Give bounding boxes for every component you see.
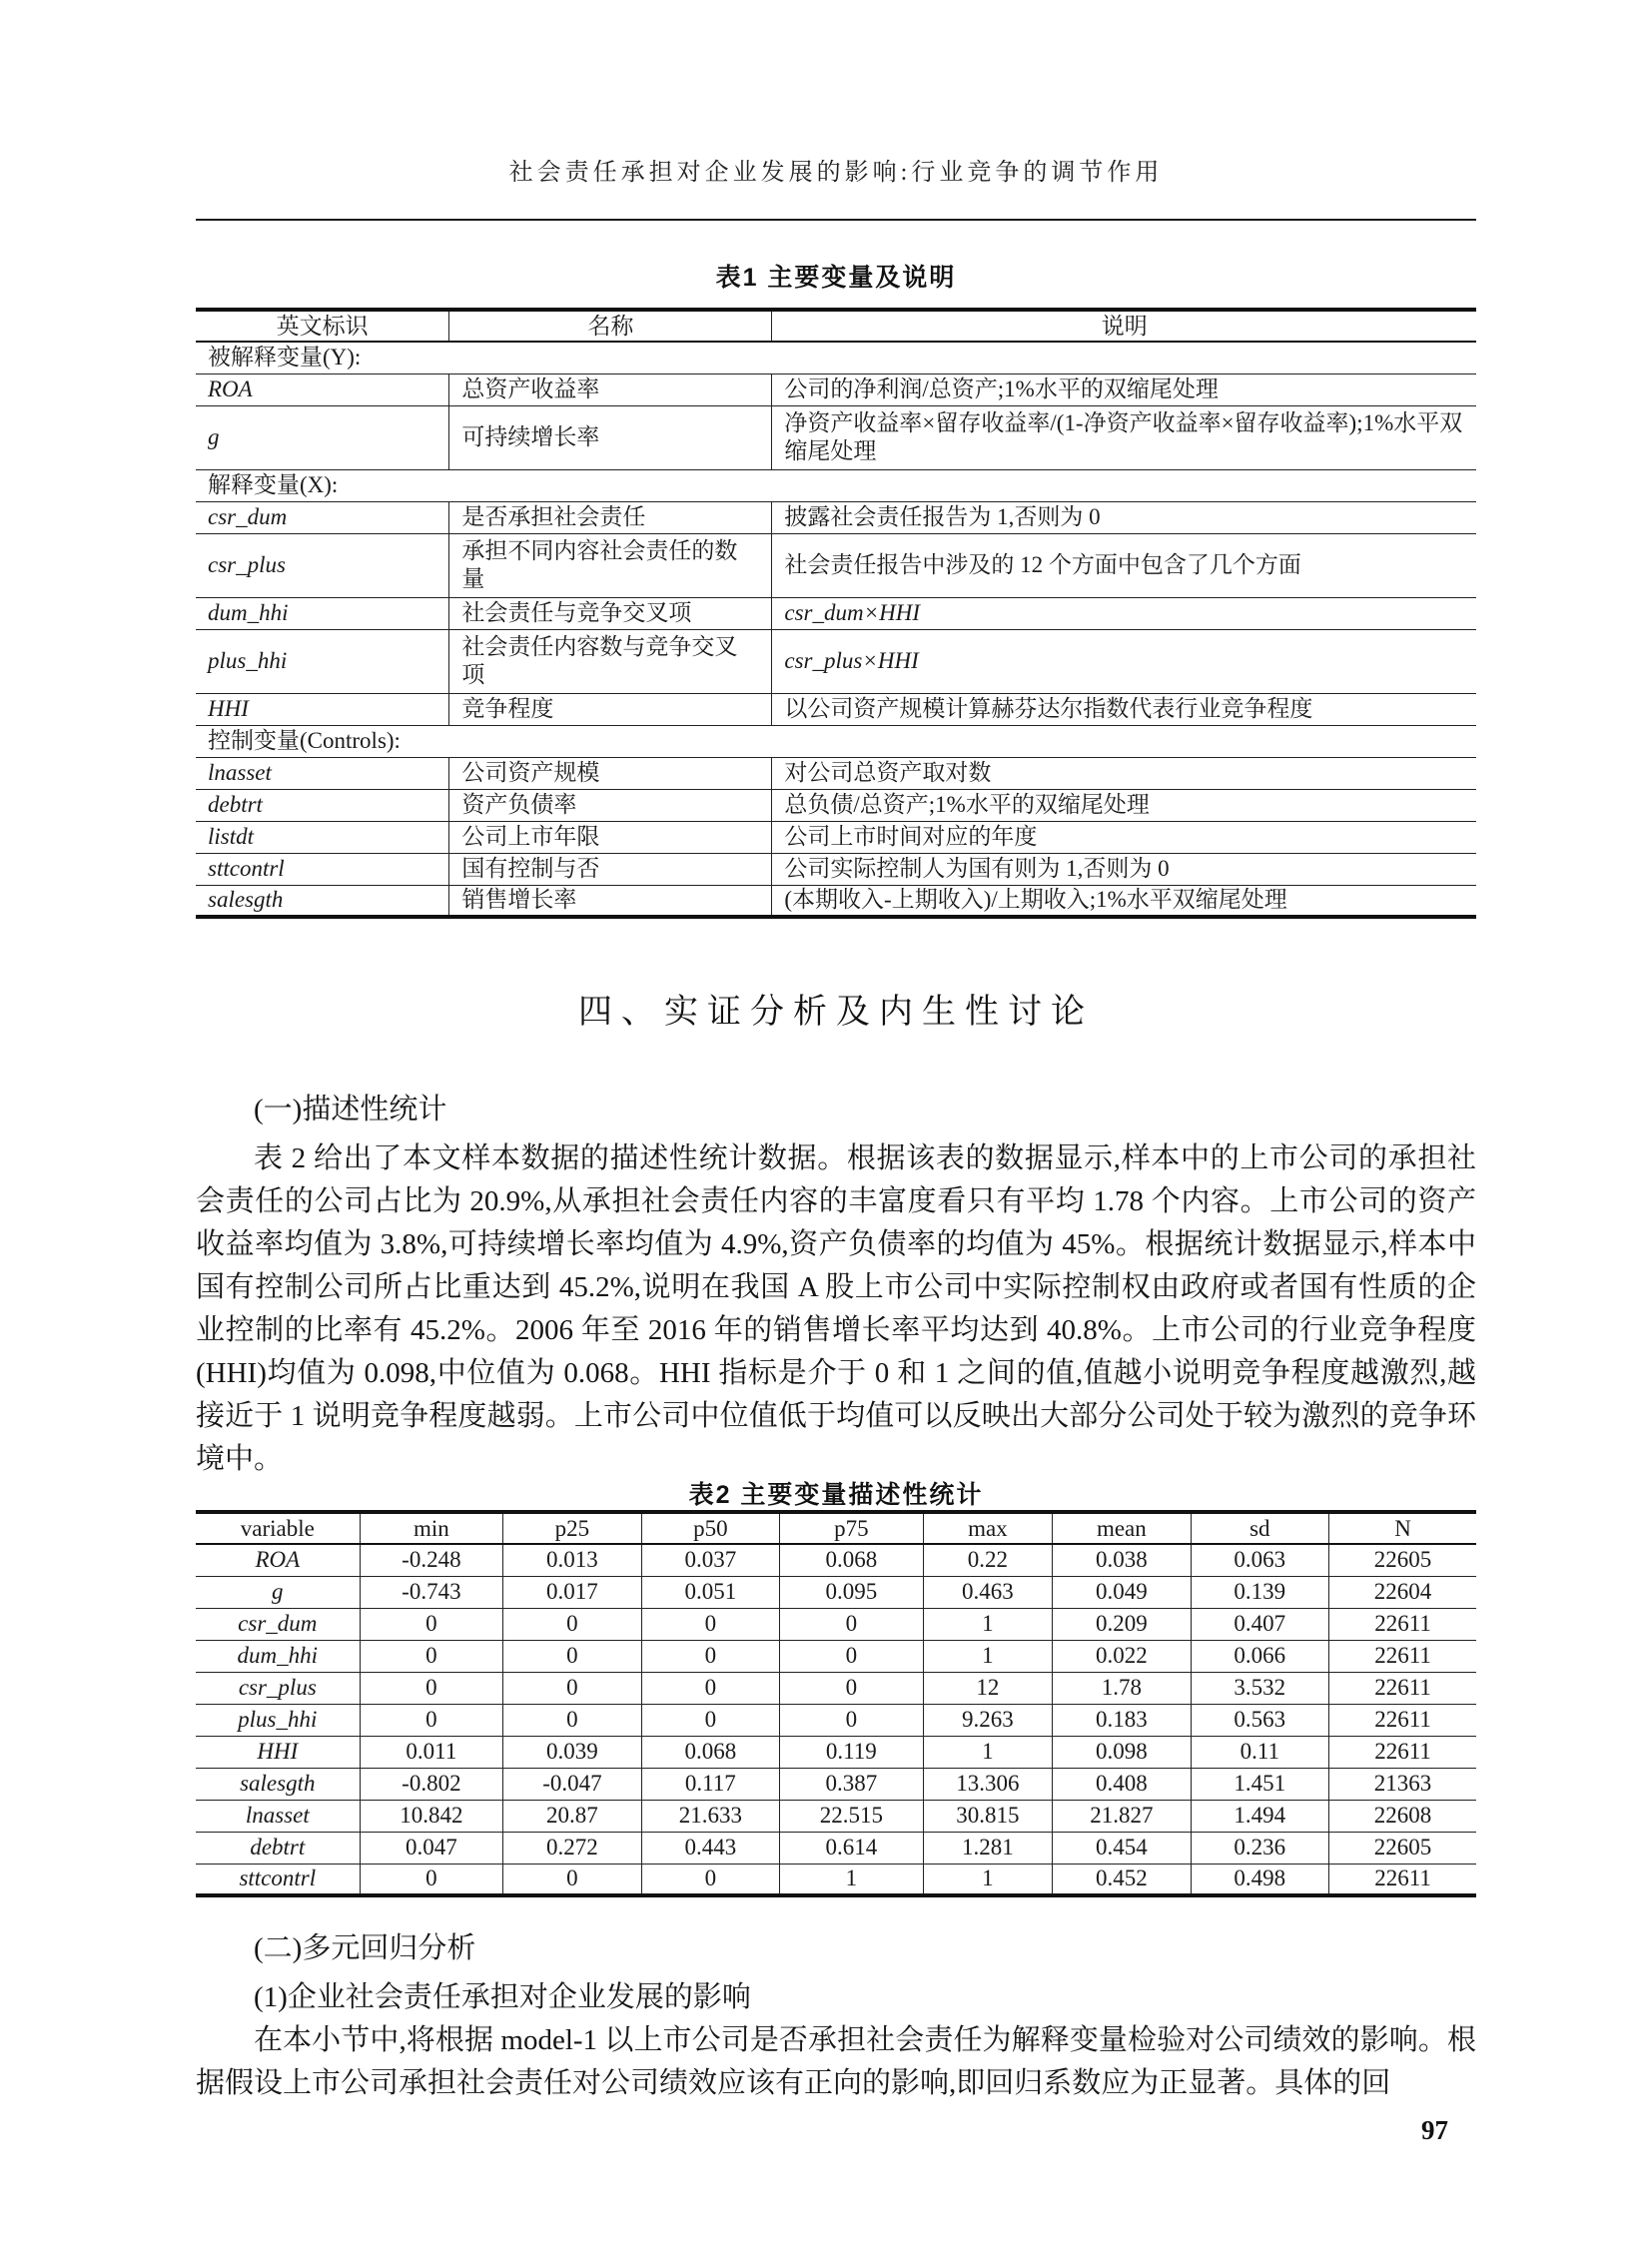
variable-id: csr_plus	[196, 533, 449, 597]
variable-id: ROA	[196, 373, 449, 405]
stat-value: 22611	[1329, 1704, 1476, 1736]
table1-col-header: 名称	[449, 310, 772, 342]
stat-value: 0.563	[1191, 1704, 1328, 1736]
stat-variable: csr_dum	[196, 1608, 360, 1640]
stat-value: 0.209	[1053, 1608, 1191, 1640]
stat-variable: csr_plus	[196, 1672, 360, 1704]
stat-value: 0.013	[503, 1544, 641, 1576]
table2-col-header: p75	[780, 1512, 924, 1544]
variable-name: 销售增长率	[449, 885, 772, 917]
stat-value: 3.532	[1191, 1672, 1328, 1704]
table2-col-header: p50	[641, 1512, 779, 1544]
subsection-heading-3: (1)企业社会责任承担对企业发展的影响	[196, 1974, 1476, 2015]
stat-variable: plus_hhi	[196, 1704, 360, 1736]
stat-value: 9.263	[923, 1704, 1052, 1736]
stat-value: 0.117	[641, 1768, 779, 1800]
stat-value: 0.22	[923, 1544, 1052, 1576]
table-row: debtrt 0.047 0.272 0.443 0.614 1.281 0.4…	[196, 1832, 1476, 1864]
stat-variable: sttcontrl	[196, 1864, 360, 1895]
table-row: dum_hhi 社会责任与竞争交叉项 csr_dum×HHI	[196, 597, 1476, 629]
stat-value: 22611	[1329, 1864, 1476, 1895]
table1-section-row: 解释变量(X):	[196, 469, 1476, 501]
stat-value: 0	[360, 1640, 503, 1672]
stat-value: 21363	[1329, 1768, 1476, 1800]
variable-name: 竞争程度	[449, 693, 772, 725]
stat-value: 1.494	[1191, 1800, 1328, 1832]
stat-value: 0.11	[1191, 1736, 1328, 1768]
variable-id: listdt	[196, 821, 449, 853]
stat-value: 22605	[1329, 1832, 1476, 1864]
table-row: plus_hhi 0 0 0 0 9.263 0.183 0.563 22611	[196, 1704, 1476, 1736]
stat-value: 1.78	[1053, 1672, 1191, 1704]
variable-id: dum_hhi	[196, 597, 449, 629]
variable-desc: 以公司资产规模计算赫芬达尔指数代表行业竞争程度	[772, 693, 1476, 725]
variable-name: 社会责任与竞争交叉项	[449, 597, 772, 629]
stat-value: 0.272	[503, 1832, 641, 1864]
stat-value: 0.183	[1053, 1704, 1191, 1736]
variable-desc: 社会责任报告中涉及的 12 个方面中包含了几个方面	[772, 533, 1476, 597]
variable-desc: csr_dum×HHI	[772, 597, 1476, 629]
stat-value: 22611	[1329, 1640, 1476, 1672]
stat-variable: salesgth	[196, 1768, 360, 1800]
stat-value: 0.068	[641, 1736, 779, 1768]
stat-value: 0	[360, 1672, 503, 1704]
variable-desc: csr_plus×HHI	[772, 629, 1476, 693]
stat-value: 21.633	[641, 1800, 779, 1832]
stat-value: 0.454	[1053, 1832, 1191, 1864]
variable-name: 公司上市年限	[449, 821, 772, 853]
stat-value: 22611	[1329, 1608, 1476, 1640]
table-row: HHI 竞争程度 以公司资产规模计算赫芬达尔指数代表行业竞争程度	[196, 693, 1476, 725]
variable-id: HHI	[196, 693, 449, 725]
table-row: g -0.743 0.017 0.051 0.095 0.463 0.049 0…	[196, 1576, 1476, 1608]
stat-value: 0.408	[1053, 1768, 1191, 1800]
stat-value: 0.063	[1191, 1544, 1328, 1576]
table-row: plus_hhi 社会责任内容数与竞争交叉项 csr_plus×HHI	[196, 629, 1476, 693]
stat-value: 22611	[1329, 1736, 1476, 1768]
variable-id: csr_dum	[196, 501, 449, 533]
stat-value: 0.017	[503, 1576, 641, 1608]
stat-value: -0.743	[360, 1576, 503, 1608]
stat-value: 0	[641, 1640, 779, 1672]
stat-value: 0	[360, 1864, 503, 1895]
table-row: sttcontrl 0 0 0 1 1 0.452 0.498 22611	[196, 1864, 1476, 1895]
stat-value: 10.842	[360, 1800, 503, 1832]
variable-desc: 净资产收益率×留存收益率/(1-净资产收益率×留存收益率);1%水平双缩尾处理	[772, 405, 1476, 469]
stat-value: 0	[360, 1608, 503, 1640]
variable-id: salesgth	[196, 885, 449, 917]
table-row: salesgth -0.802 -0.047 0.117 0.387 13.30…	[196, 1768, 1476, 1800]
stat-value: 0	[641, 1672, 779, 1704]
variable-name: 是否承担社会责任	[449, 501, 772, 533]
stat-value: 0	[641, 1864, 779, 1895]
variable-name: 国有控制与否	[449, 853, 772, 885]
page-number: 97	[196, 2115, 1476, 2146]
stat-value: 0.066	[1191, 1640, 1328, 1672]
table-row: csr_dum 是否承担社会责任 披露社会责任报告为 1,否则为 0	[196, 501, 1476, 533]
stat-value: 12	[923, 1672, 1052, 1704]
stat-value: 1.281	[923, 1832, 1052, 1864]
section-title: 四、实证分析及内生性讨论	[196, 984, 1476, 1033]
table1-caption: 表1 主要变量及说明	[196, 258, 1476, 294]
stat-variable: debtrt	[196, 1832, 360, 1864]
stat-value: 0.443	[641, 1832, 779, 1864]
page-content: 社会责任承担对企业发展的影响:行业竞争的调节作用 表1 主要变量及说明 英文标识…	[196, 0, 1476, 2241]
stat-value: 0.614	[780, 1832, 924, 1864]
table-row: g 可持续增长率 净资产收益率×留存收益率/(1-净资产收益率×留存收益率);1…	[196, 405, 1476, 469]
variable-name: 总资产收益率	[449, 373, 772, 405]
running-header: 社会责任承担对企业发展的影响:行业竞争的调节作用	[196, 152, 1476, 187]
table2-col-header: sd	[1191, 1512, 1328, 1544]
stat-value: 0.038	[1053, 1544, 1191, 1576]
stat-value: 0	[780, 1672, 924, 1704]
variable-desc: 公司上市时间对应的年度	[772, 821, 1476, 853]
stat-value: -0.248	[360, 1544, 503, 1576]
table2-col-header: mean	[1053, 1512, 1191, 1544]
stat-value: 0.051	[641, 1576, 779, 1608]
table-row: dum_hhi 0 0 0 0 1 0.022 0.066 22611	[196, 1640, 1476, 1672]
variable-id: lnasset	[196, 757, 449, 789]
section-label: 解释变量(X):	[196, 469, 1476, 501]
table-row: ROA -0.248 0.013 0.037 0.068 0.22 0.038 …	[196, 1544, 1476, 1576]
stat-variable: lnasset	[196, 1800, 360, 1832]
stat-value: 0	[503, 1864, 641, 1895]
table1-section-row: 被解释变量(Y):	[196, 342, 1476, 373]
stat-value: 0.011	[360, 1736, 503, 1768]
stat-value: 0.047	[360, 1832, 503, 1864]
stat-value: 20.87	[503, 1800, 641, 1832]
table2-col-header: max	[923, 1512, 1052, 1544]
stat-value: 0.139	[1191, 1576, 1328, 1608]
subsection-heading-2: (二)多元回归分析	[196, 1925, 1476, 1966]
variable-desc: 公司实际控制人为国有则为 1,否则为 0	[772, 853, 1476, 885]
variable-desc: 公司的净利润/总资产;1%水平的双缩尾处理	[772, 373, 1476, 405]
stat-value: 0	[641, 1704, 779, 1736]
stat-value: 1	[923, 1864, 1052, 1895]
stat-value: 0.463	[923, 1576, 1052, 1608]
variable-name: 承担不同内容社会责任的数量	[449, 533, 772, 597]
stat-value: 1	[923, 1736, 1052, 1768]
stat-value: 1	[780, 1864, 924, 1895]
variable-desc: 对公司总资产取对数	[772, 757, 1476, 789]
variable-name: 资产负债率	[449, 789, 772, 821]
stat-value: 0.407	[1191, 1608, 1328, 1640]
table-row: debtrt 资产负债率 总负债/总资产;1%水平的双缩尾处理	[196, 789, 1476, 821]
stat-value: 21.827	[1053, 1800, 1191, 1832]
stat-value: -0.047	[503, 1768, 641, 1800]
stat-value: 0.022	[1053, 1640, 1191, 1672]
variable-name: 可持续增长率	[449, 405, 772, 469]
table-row: csr_plus 0 0 0 0 12 1.78 3.532 22611	[196, 1672, 1476, 1704]
stat-value: 0	[503, 1640, 641, 1672]
stat-value: 0.236	[1191, 1832, 1328, 1864]
table2-caption: 表2 主要变量描述性统计	[196, 1475, 1476, 1511]
table1-col-header: 说明	[772, 310, 1476, 342]
variable-name: 公司资产规模	[449, 757, 772, 789]
table-row: HHI 0.011 0.039 0.068 0.119 1 0.098 0.11…	[196, 1736, 1476, 1768]
table-row: ROA 总资产收益率 公司的净利润/总资产;1%水平的双缩尾处理	[196, 373, 1476, 405]
variable-id: plus_hhi	[196, 629, 449, 693]
subsection-heading-1: (一)描述性统计	[196, 1087, 1476, 1127]
stat-variable: ROA	[196, 1544, 360, 1576]
variable-desc: 披露社会责任报告为 1,否则为 0	[772, 501, 1476, 533]
stat-value: 22611	[1329, 1672, 1476, 1704]
table2-col-header: N	[1329, 1512, 1476, 1544]
table2-col-header: p25	[503, 1512, 641, 1544]
variable-desc: (本期收入-上期收入)/上期收入;1%水平双缩尾处理	[772, 885, 1476, 917]
stat-value: 0.498	[1191, 1864, 1328, 1895]
table-row: sttcontrl 国有控制与否 公司实际控制人为国有则为 1,否则为 0	[196, 853, 1476, 885]
table2-header-row: variable min p25 p50 p75 max mean sd N	[196, 1512, 1476, 1544]
section-label: 控制变量(Controls):	[196, 725, 1476, 757]
table2-col-header: variable	[196, 1512, 360, 1544]
stat-value: 0	[780, 1608, 924, 1640]
stat-variable: g	[196, 1576, 360, 1608]
stat-value: 0.095	[780, 1576, 924, 1608]
regression-intro-paragraph: 在本小节中,将根据 model-1 以上市公司是否承担社会责任为解释变量检验对公…	[196, 2019, 1476, 2105]
stat-value: 0	[503, 1608, 641, 1640]
paper-page: 社会责任承担对企业发展的影响:行业竞争的调节作用 表1 主要变量及说明 英文标识…	[0, 0, 1652, 2241]
stat-value: 22605	[1329, 1544, 1476, 1576]
stat-value: 1	[923, 1640, 1052, 1672]
stat-value: 0.387	[780, 1768, 924, 1800]
stat-value: 0	[641, 1608, 779, 1640]
table1-col-header: 英文标识	[196, 310, 449, 342]
stat-value: 1	[923, 1608, 1052, 1640]
stat-variable: HHI	[196, 1736, 360, 1768]
table1-section-row: 控制变量(Controls):	[196, 725, 1476, 757]
stat-value: 0.068	[780, 1544, 924, 1576]
stat-value: 0.452	[1053, 1864, 1191, 1895]
table-row: lnasset 10.842 20.87 21.633 22.515 30.81…	[196, 1800, 1476, 1832]
stat-value: 0	[780, 1704, 924, 1736]
table1-header-row: 英文标识 名称 说明	[196, 310, 1476, 342]
stat-value: 1.451	[1191, 1768, 1328, 1800]
stat-value: 0.037	[641, 1544, 779, 1576]
table2-col-header: min	[360, 1512, 503, 1544]
stat-value: 22.515	[780, 1800, 924, 1832]
variable-id: g	[196, 405, 449, 469]
table-row: lnasset 公司资产规模 对公司总资产取对数	[196, 757, 1476, 789]
stat-value: 0	[503, 1704, 641, 1736]
stat-value: 13.306	[923, 1768, 1052, 1800]
stat-value: 0.039	[503, 1736, 641, 1768]
table-row: csr_dum 0 0 0 0 1 0.209 0.407 22611	[196, 1608, 1476, 1640]
header-rule	[196, 219, 1476, 221]
table-1-variable-definitions: 英文标识 名称 说明 被解释变量(Y): ROA 总资产收益率 公司的净利润/总…	[196, 308, 1476, 919]
table-row: listdt 公司上市年限 公司上市时间对应的年度	[196, 821, 1476, 853]
section-label: 被解释变量(Y):	[196, 342, 1476, 373]
stat-value: 30.815	[923, 1800, 1052, 1832]
table-row: salesgth 销售增长率 (本期收入-上期收入)/上期收入;1%水平双缩尾处…	[196, 885, 1476, 917]
variable-desc: 总负债/总资产;1%水平的双缩尾处理	[772, 789, 1476, 821]
stat-variable: dum_hhi	[196, 1640, 360, 1672]
stat-value: 0.049	[1053, 1576, 1191, 1608]
variable-name: 社会责任内容数与竞争交叉项	[449, 629, 772, 693]
stat-value: 0.119	[780, 1736, 924, 1768]
variable-id: sttcontrl	[196, 853, 449, 885]
stat-value: 0	[360, 1704, 503, 1736]
descriptive-statistics-paragraph: 表 2 给出了本文样本数据的描述性统计数据。根据该表的数据显示,样本中的上市公司…	[196, 1137, 1476, 1481]
stat-value: 22608	[1329, 1800, 1476, 1832]
stat-value: 0.098	[1053, 1736, 1191, 1768]
table-2-descriptive-statistics: variable min p25 p50 p75 max mean sd N R…	[196, 1510, 1476, 1897]
stat-value: 0	[503, 1672, 641, 1704]
table-row: csr_plus 承担不同内容社会责任的数量 社会责任报告中涉及的 12 个方面…	[196, 533, 1476, 597]
stat-value: 22604	[1329, 1576, 1476, 1608]
stat-value: 0	[780, 1640, 924, 1672]
stat-value: -0.802	[360, 1768, 503, 1800]
variable-id: debtrt	[196, 789, 449, 821]
